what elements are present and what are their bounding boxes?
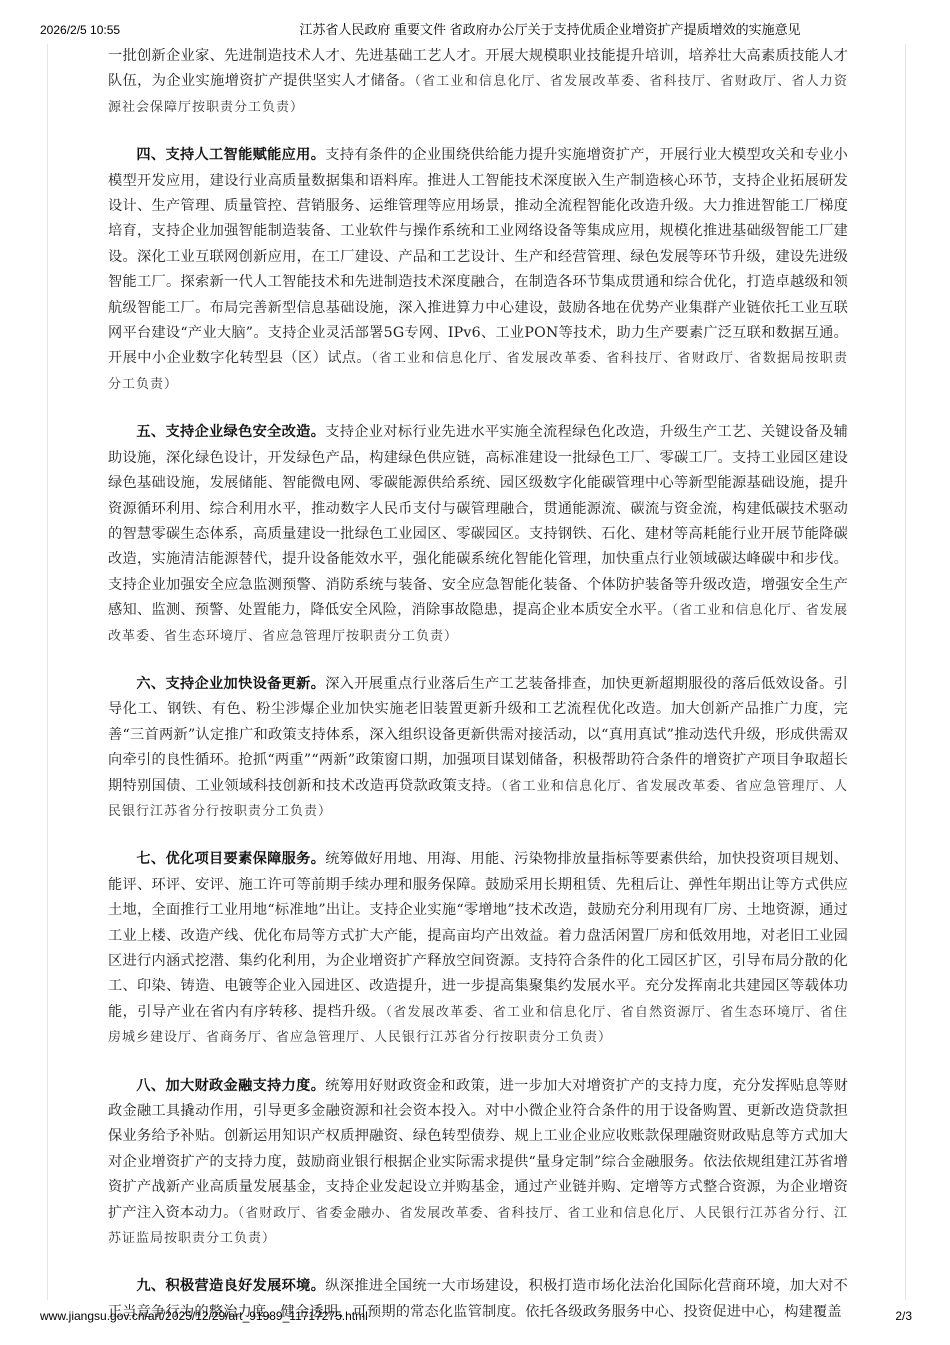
section-8: 八、加大财政金融支持力度。统筹用好财政资金和政策，进一步加大对增资扩产的支持力度… (108, 1074, 848, 1252)
paragraph-body: 统筹做好用地、用海、用能、污染物排放量指标等要素供给，加快投资项目规划、能评、环… (108, 851, 848, 1019)
print-header: 2026/2/5 10:55 江苏省人民政府 重要文件 省政府办公厅关于支持优质… (0, 0, 950, 30)
section-heading: 五、支持企业绿色安全改造。 (136, 424, 325, 440)
paragraph-body: 统筹用好财政资金和政策，进一步加大对增资扩产的支持力度，充分发挥贴息等财政金融工… (108, 1078, 848, 1221)
print-page-title: 江苏省人民政府 重要文件 省政府办公厅关于支持优质企业增资扩产提质增效的实施意见 (0, 23, 950, 37)
section-5: 五、支持企业绿色安全改造。支持企业对标行业先进水平实施全流程绿色化改造，升级生产… (108, 420, 848, 649)
section-heading: 四、支持人工智能赋能应用。 (136, 147, 325, 163)
section-6: 六、支持企业加快设备更新。深入开展重点行业落后生产工艺装备排查，加快更新超期服役… (108, 672, 848, 824)
section-7: 七、优化项目要素保障服务。统筹做好用地、用海、用能、污染物排放量指标等要素供给，… (108, 847, 848, 1050)
section-heading: 九、积极营造良好发展环境。 (136, 1278, 325, 1294)
section-heading: 六、支持企业加快设备更新。 (136, 676, 325, 692)
section-4: 四、支持人工智能赋能应用。支持有条件的企业围绕供给能力提升实施增资扩产，开展行业… (108, 143, 848, 397)
paragraph-body: 深入开展重点行业落后生产工艺装备排查，加快更新超期服役的落后低效设备。引导化工、… (108, 676, 848, 794)
document-body: 一批创新企业家、先进制造技术人才、先进基础工艺人才。开展大规模职业技能提升培训，… (108, 44, 848, 1345)
paragraph-body: 支持企业对标行业先进水平实施全流程绿色化改造，升级生产工艺、关键设备及辅助设施，… (108, 424, 848, 618)
page-number: 2/3 (895, 1309, 912, 1323)
page-url: www.jiangsu.gov.cn/art/2025/12/29/art_91… (40, 1309, 368, 1323)
print-footer: www.jiangsu.gov.cn/art/2025/12/29/art_91… (0, 1305, 950, 1329)
section-heading: 八、加大财政金融支持力度。 (136, 1078, 325, 1094)
section-heading: 七、优化项目要素保障服务。 (136, 851, 325, 867)
paragraph-body: 支持有条件的企业围绕供给能力提升实施增资扩产，开展行业大模型攻关和专业小模型开发… (108, 147, 848, 366)
document-frame: 一批创新企业家、先进制造技术人才、先进基础工艺人才。开展大规模职业技能提升培训，… (47, 44, 906, 1300)
paragraph-continuation: 一批创新企业家、先进制造技术人才、先进基础工艺人才。开展大规模职业技能提升培训，… (108, 44, 848, 120)
